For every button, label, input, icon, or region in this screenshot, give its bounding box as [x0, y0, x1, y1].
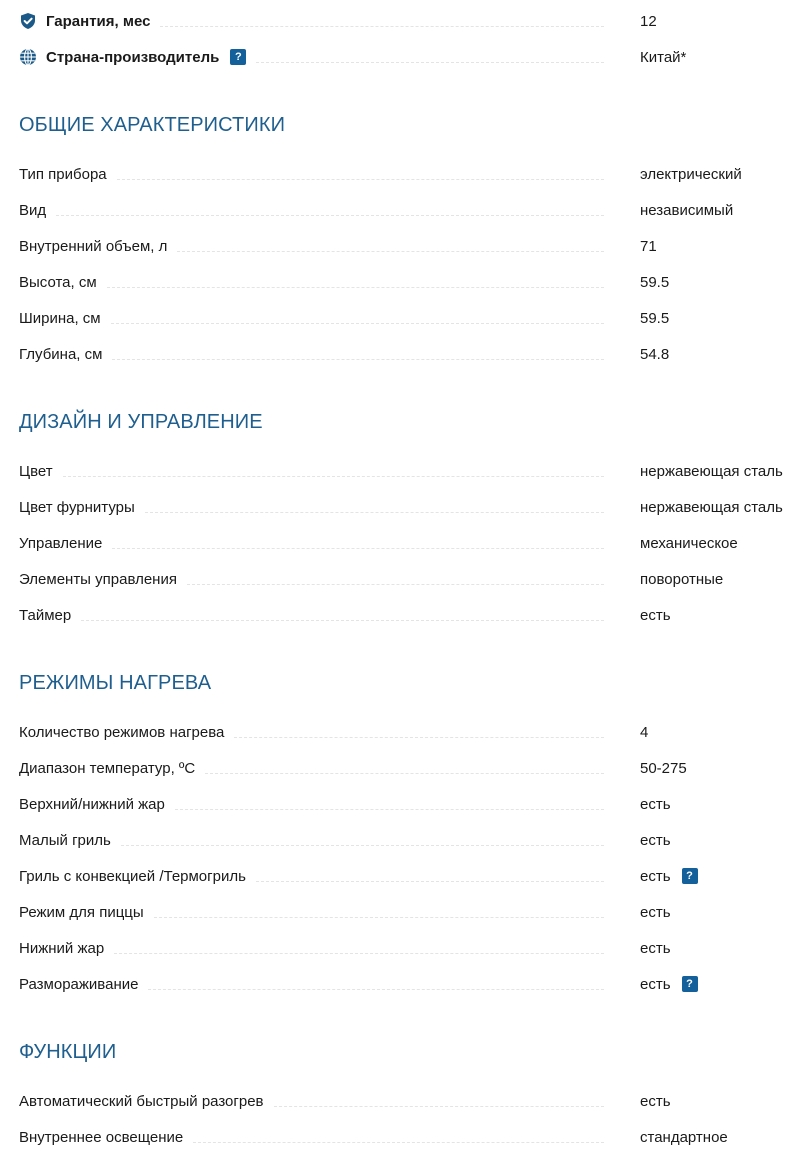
- spec-value: независимый: [640, 202, 733, 219]
- spec-row: Режим для пиццыесть: [19, 894, 810, 930]
- spec-row: Управлениемеханическое: [19, 525, 810, 561]
- dotted-leader: [111, 323, 604, 324]
- spec-row: Высота, см59.5: [19, 264, 810, 300]
- spec-value: есть: [640, 832, 671, 849]
- spec-label: Диапазон температур, ºC: [19, 760, 195, 777]
- dotted-leader: [63, 476, 604, 477]
- spec-value: 71: [640, 238, 657, 255]
- spec-label: Внутреннее освещение: [19, 1129, 183, 1146]
- spec-label: Внутренний объем, л: [19, 238, 167, 255]
- dotted-leader: [205, 773, 604, 774]
- spec-label: Ширина, см: [19, 310, 101, 327]
- spec-row: Тип прибораэлектрический: [19, 156, 810, 192]
- spec-value: есть: [640, 976, 671, 993]
- dotted-leader: [81, 620, 604, 621]
- dotted-leader: [112, 359, 604, 360]
- spec-row: Количество режимов нагрева4: [19, 714, 810, 750]
- spec-row: Цветнержавеющая сталь: [19, 453, 810, 489]
- help-icon[interactable]: ?: [682, 868, 698, 884]
- spec-row: Глубина, см54.8: [19, 336, 810, 372]
- shield-check-icon: [19, 12, 37, 30]
- spec-row: Внутренний объем, л71: [19, 228, 810, 264]
- spec-label: Цвет фурнитуры: [19, 499, 135, 516]
- spec-row: Таймересть: [19, 597, 810, 633]
- spec-label: Таймер: [19, 607, 71, 624]
- spec-label: Цвет: [19, 463, 53, 480]
- dotted-leader: [175, 809, 604, 810]
- spec-row: Внутреннее освещениестандартное: [19, 1119, 810, 1155]
- section-general: ОБЩИЕ ХАРАКТЕРИСТИКИ Тип прибораэлектрич…: [19, 107, 810, 372]
- globe-icon: [19, 48, 37, 66]
- spec-value: 59.5: [640, 274, 669, 291]
- section-heading: ОБЩИЕ ХАРАКТЕРИСТИКИ: [19, 107, 810, 143]
- dotted-leader: [112, 548, 604, 549]
- spec-row: Верхний/нижний жаресть: [19, 786, 810, 822]
- dotted-leader: [193, 1142, 604, 1143]
- section-heading: ДИЗАЙН И УПРАВЛЕНИЕ: [19, 404, 810, 440]
- spec-row: Элементы управленияповоротные: [19, 561, 810, 597]
- spec-value: 50-275: [640, 760, 687, 777]
- spec-value: есть: [640, 940, 671, 957]
- spec-label: Высота, см: [19, 274, 97, 291]
- section-design: ДИЗАЙН И УПРАВЛЕНИЕ Цветнержавеющая стал…: [19, 404, 810, 633]
- spec-row: Малый грильесть: [19, 822, 810, 858]
- dotted-leader: [148, 989, 604, 990]
- spec-value: 4: [640, 724, 648, 741]
- dotted-leader: [121, 845, 604, 846]
- section-functions: ФУНКЦИИ Автоматический быстрый разогреве…: [19, 1034, 810, 1155]
- spec-row: Нижний жаресть: [19, 930, 810, 966]
- spec-row-country: Страна-производитель ? Китай*: [19, 39, 810, 75]
- spec-label: Малый гриль: [19, 832, 111, 849]
- spec-label: Гарантия, мес: [46, 13, 150, 30]
- spec-label: Автоматический быстрый разогрев: [19, 1093, 264, 1110]
- spec-label: Управление: [19, 535, 102, 552]
- dotted-leader: [274, 1106, 604, 1107]
- spec-row: Автоматический быстрый разогревесть: [19, 1083, 810, 1119]
- spec-label: Страна-производитель: [46, 49, 219, 66]
- spec-value: 54.8: [640, 346, 669, 363]
- help-icon[interactable]: ?: [230, 49, 246, 65]
- dotted-leader: [234, 737, 604, 738]
- spec-label: Вид: [19, 202, 46, 219]
- dotted-leader: [114, 953, 604, 954]
- spec-value: электрический: [640, 166, 742, 183]
- spec-label: Тип прибора: [19, 166, 107, 183]
- spec-value: механическое: [640, 535, 738, 552]
- spec-value: 12: [640, 13, 657, 30]
- spec-row: Виднезависимый: [19, 192, 810, 228]
- spec-row-warranty: Гарантия, мес 12: [19, 3, 810, 39]
- dotted-leader: [160, 26, 604, 27]
- spec-value: есть: [640, 1093, 671, 1110]
- spec-value: нержавеющая сталь: [640, 463, 783, 480]
- spec-value: 59.5: [640, 310, 669, 327]
- spec-value: стандартное: [640, 1129, 728, 1146]
- spec-row: Цвет фурнитурынержавеющая сталь: [19, 489, 810, 525]
- spec-value: Китай*: [640, 49, 686, 66]
- spec-label: Размораживание: [19, 976, 138, 993]
- section-heading: РЕЖИМЫ НАГРЕВА: [19, 665, 810, 701]
- spec-value: есть: [640, 868, 671, 885]
- spec-row: Гриль с конвекцией /Термогрильесть?: [19, 858, 810, 894]
- spec-value: поворотные: [640, 571, 723, 588]
- spec-label: Глубина, см: [19, 346, 102, 363]
- dotted-leader: [187, 584, 604, 585]
- section-heading: ФУНКЦИИ: [19, 1034, 810, 1070]
- dotted-leader: [56, 215, 604, 216]
- spec-value: есть: [640, 796, 671, 813]
- dotted-leader: [154, 917, 604, 918]
- dotted-leader: [256, 881, 604, 882]
- spec-row: Диапазон температур, ºC50-275: [19, 750, 810, 786]
- spec-label: Количество режимов нагрева: [19, 724, 224, 741]
- spec-label: Верхний/нижний жар: [19, 796, 165, 813]
- spec-label: Элементы управления: [19, 571, 177, 588]
- spec-label: Нижний жар: [19, 940, 104, 957]
- spec-label: Гриль с конвекцией /Термогриль: [19, 868, 246, 885]
- spec-value: есть: [640, 607, 671, 624]
- spec-value: есть: [640, 904, 671, 921]
- dotted-leader: [256, 62, 604, 63]
- top-specs: Гарантия, мес 12 Страна-производитель ? …: [19, 3, 810, 75]
- spec-value: нержавеющая сталь: [640, 499, 783, 516]
- help-icon[interactable]: ?: [682, 976, 698, 992]
- dotted-leader: [107, 287, 604, 288]
- section-heating-modes: РЕЖИМЫ НАГРЕВА Количество режимов нагрев…: [19, 665, 810, 1002]
- dotted-leader: [177, 251, 604, 252]
- spec-row: Размораживаниеесть?: [19, 966, 810, 1002]
- spec-label: Режим для пиццы: [19, 904, 144, 921]
- spec-row: Ширина, см59.5: [19, 300, 810, 336]
- dotted-leader: [145, 512, 604, 513]
- dotted-leader: [117, 179, 604, 180]
